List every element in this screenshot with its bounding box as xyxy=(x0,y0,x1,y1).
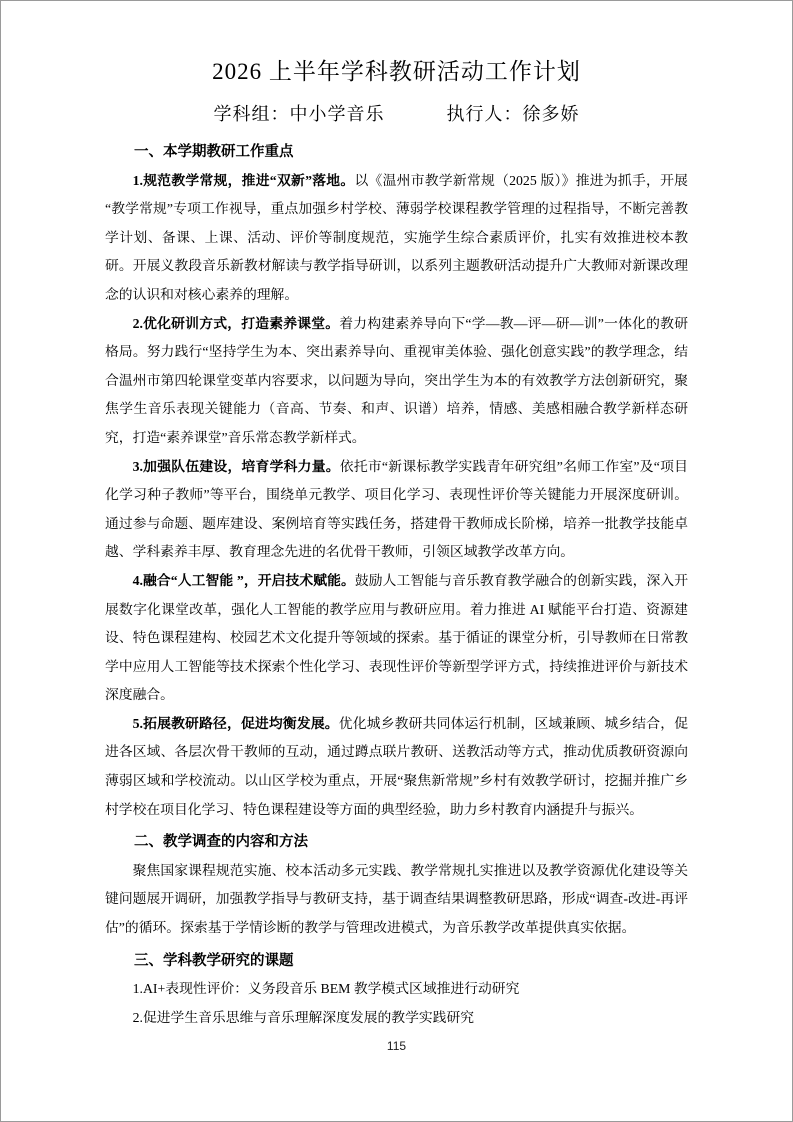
doc-title: 2026 上半年学科教研活动工作计划 xyxy=(1,1,792,89)
paragraph-3: 3.加强队伍建设，培育学科力量。依托市“新课标教学实践青年研究组”名师工作室”及… xyxy=(105,453,688,567)
subject-group-label: 学科组：中小学音乐 xyxy=(214,104,385,124)
paragraph-4: 4.融合“人工智能 ”，开启技术赋能。鼓励人工智能与音乐教育教学融合的创新实践，… xyxy=(105,567,688,710)
paragraph-5-lead: 5.拓展教研路径，促进均衡发展。 xyxy=(133,716,339,731)
document-page: 2026 上半年学科教研活动工作计划 学科组：中小学音乐执行人：徐多娇 一、本学… xyxy=(0,0,793,1122)
paragraph-4-lead: 4.融合“人工智能 ”，开启技术赋能。 xyxy=(133,573,355,588)
section-heading-2: 二、教学调查的内容和方法 xyxy=(105,828,688,857)
doc-subtitle: 学科组：中小学音乐执行人：徐多娇 xyxy=(1,101,792,127)
paragraph-6-text: 聚焦国家课程规范实施、校本活动多元实践、教学常规扎实推进以及教学资源优化建设等关… xyxy=(105,863,688,935)
research-topic-2: 2.促进学生音乐思维与音乐理解深度发展的教学实践研究 xyxy=(105,1004,688,1033)
executor-label: 执行人：徐多娇 xyxy=(447,104,580,124)
doc-body: 一、本学期教研工作重点 1.规范教学常规，推进“双新”落地。以《温州市教学新常规… xyxy=(105,138,688,1032)
paragraph-4-text: 鼓励人工智能与音乐教育教学融合的创新实践，深入开展数字化课堂改革，强化人工智能的… xyxy=(105,573,688,702)
paragraph-1: 1.规范教学常规，推进“双新”落地。以《温州市教学新常规（2025 版）》推进为… xyxy=(105,167,688,310)
paragraph-2-lead: 2.优化研训方式，打造素养课堂。 xyxy=(133,316,340,331)
paragraph-2-text: 着力构建素养导向下“学—教—评—研—训”一体化的教研格局。努力践行“坚持学生为本… xyxy=(105,316,688,445)
page-number: 115 xyxy=(1,1038,792,1054)
section-heading-1: 一、本学期教研工作重点 xyxy=(105,138,688,167)
paragraph-5: 5.拓展教研路径，促进均衡发展。优化城乡教研共同体运行机制，区域兼顾、城乡结合，… xyxy=(105,710,688,824)
research-topic-1: 1.AI+表现性评价：义务段音乐 BEM 教学模式区域推进行动研究 xyxy=(105,975,688,1004)
paragraph-1-text: 以《温州市教学新常规（2025 版）》推进为抓手，开展“教学常规”专项工作视导，… xyxy=(105,173,688,302)
paragraph-6: 聚焦国家课程规范实施、校本活动多元实践、教学常规扎实推进以及教学资源优化建设等关… xyxy=(105,857,688,943)
section-heading-3: 三、学科教学研究的课题 xyxy=(105,947,688,976)
paragraph-3-lead: 3.加强队伍建设，培育学科力量。 xyxy=(133,459,340,474)
paragraph-2: 2.优化研训方式，打造素养课堂。着力构建素养导向下“学—教—评—研—训”一体化的… xyxy=(105,310,688,453)
paragraph-1-lead: 1.规范教学常规，推进“双新”落地。 xyxy=(133,173,355,188)
